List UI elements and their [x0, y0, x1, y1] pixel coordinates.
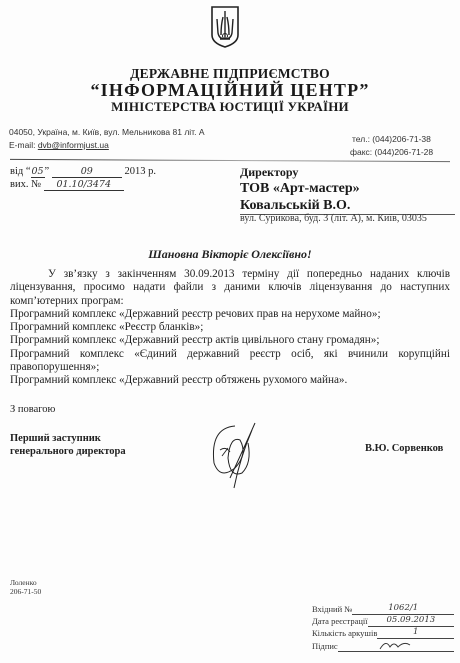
program-item: Програмний комплекс «Державний реєстр ак… — [10, 334, 450, 347]
registration-date: 05.09.2013 — [368, 615, 454, 627]
program-item: Програмний комплекс «Державний реєстр ре… — [10, 308, 450, 321]
stamp-signature-row: Підпис — [312, 639, 454, 652]
sheets-label: Кількість аркушів — [312, 628, 377, 639]
signer-name: В.Ю. Сорвенков — [365, 443, 443, 454]
executor-phone: 206-71-50 — [10, 587, 41, 596]
greeting: Шановна Вікторіє Олексіївно! — [0, 247, 460, 262]
program-item: Програмний комплекс «Державний реєстр об… — [10, 374, 450, 387]
coat-of-arms-icon — [210, 5, 240, 49]
letter-body: У зв’язку з закінченням 30.09.2013 термі… — [10, 268, 450, 388]
org-fax: факс: (044)206-71-28 — [350, 147, 433, 157]
date-quote: ” — [45, 166, 50, 177]
outgoing-number: вих. № 01.10/3474 — [10, 179, 124, 191]
stamp-signature-icon — [338, 639, 454, 652]
addressee-street: вул. Сурикова, буд. 3 (літ. А), м. Київ,… — [240, 213, 450, 225]
outgoing-date: від “05” 09 2013 р. — [10, 166, 156, 178]
registration-date-label: Дата реєстрації — [312, 616, 368, 627]
sheets-count: 1 — [377, 627, 454, 639]
stamp-date-row: Дата реєстрації 05.09.2013 — [312, 615, 454, 627]
org-address: 04050, Україна, м. Київ, вул. Мельникова… — [9, 127, 205, 137]
stamp-signature-label: Підпис — [312, 641, 338, 652]
incoming-number: 1062/1 — [352, 603, 454, 615]
signer-title-line2: генерального директора — [10, 445, 126, 458]
date-day: 05 — [31, 166, 45, 178]
program-item: Програмний комплекс «Реєстр бланків»; — [10, 321, 450, 334]
email-link[interactable]: dvb@informjust.ua — [38, 140, 109, 150]
addressee-company: ТОВ «Арт-мастер» — [240, 180, 455, 197]
signer-title: Перший заступник генерального директора — [10, 432, 126, 458]
date-prefix: від “ — [10, 166, 31, 177]
signature-icon — [200, 418, 270, 498]
stamp-incoming-row: Вхідний № 1062/1 — [312, 603, 454, 615]
number-prefix: вих. № — [10, 179, 41, 190]
addressee-position: Директору — [240, 165, 455, 180]
date-year: 2013 р. — [124, 166, 156, 177]
body-intro: У зв’язку з закінченням 30.09.2013 термі… — [10, 268, 450, 308]
closing-regards: З повагою — [10, 404, 55, 415]
stamp-sheets-row: Кількість аркушів 1 — [312, 627, 454, 639]
number-value: 01.10/3474 — [44, 179, 124, 191]
registration-stamp: Вхідний № 1062/1 Дата реєстрації 05.09.2… — [312, 603, 454, 652]
addressee-block: Директору ТОВ «Арт-мастер» Ковальській В… — [240, 165, 455, 215]
signer-title-line1: Перший заступник — [10, 432, 126, 445]
executor-info: Лоленко 206-71-50 — [10, 578, 41, 596]
org-ministry: МІНІСТЕРСТВА ЮСТИЦІЇ УКРАЇНИ — [0, 99, 460, 115]
executor-name: Лоленко — [10, 578, 41, 587]
program-item: Програмний комплекс «Єдиний державний ре… — [10, 348, 450, 375]
incoming-label: Вхідний № — [312, 604, 352, 615]
email-label: E-mail: — [9, 140, 35, 150]
header-divider — [10, 159, 450, 162]
org-email-row: E-mail: dvb@informjust.ua — [9, 140, 109, 150]
org-name: “ІНФОРМАЦІЙНИЙ ЦЕНТР” — [0, 80, 460, 101]
org-phone: тел.: (044)206-71-38 — [352, 134, 431, 144]
date-month: 09 — [52, 166, 122, 178]
